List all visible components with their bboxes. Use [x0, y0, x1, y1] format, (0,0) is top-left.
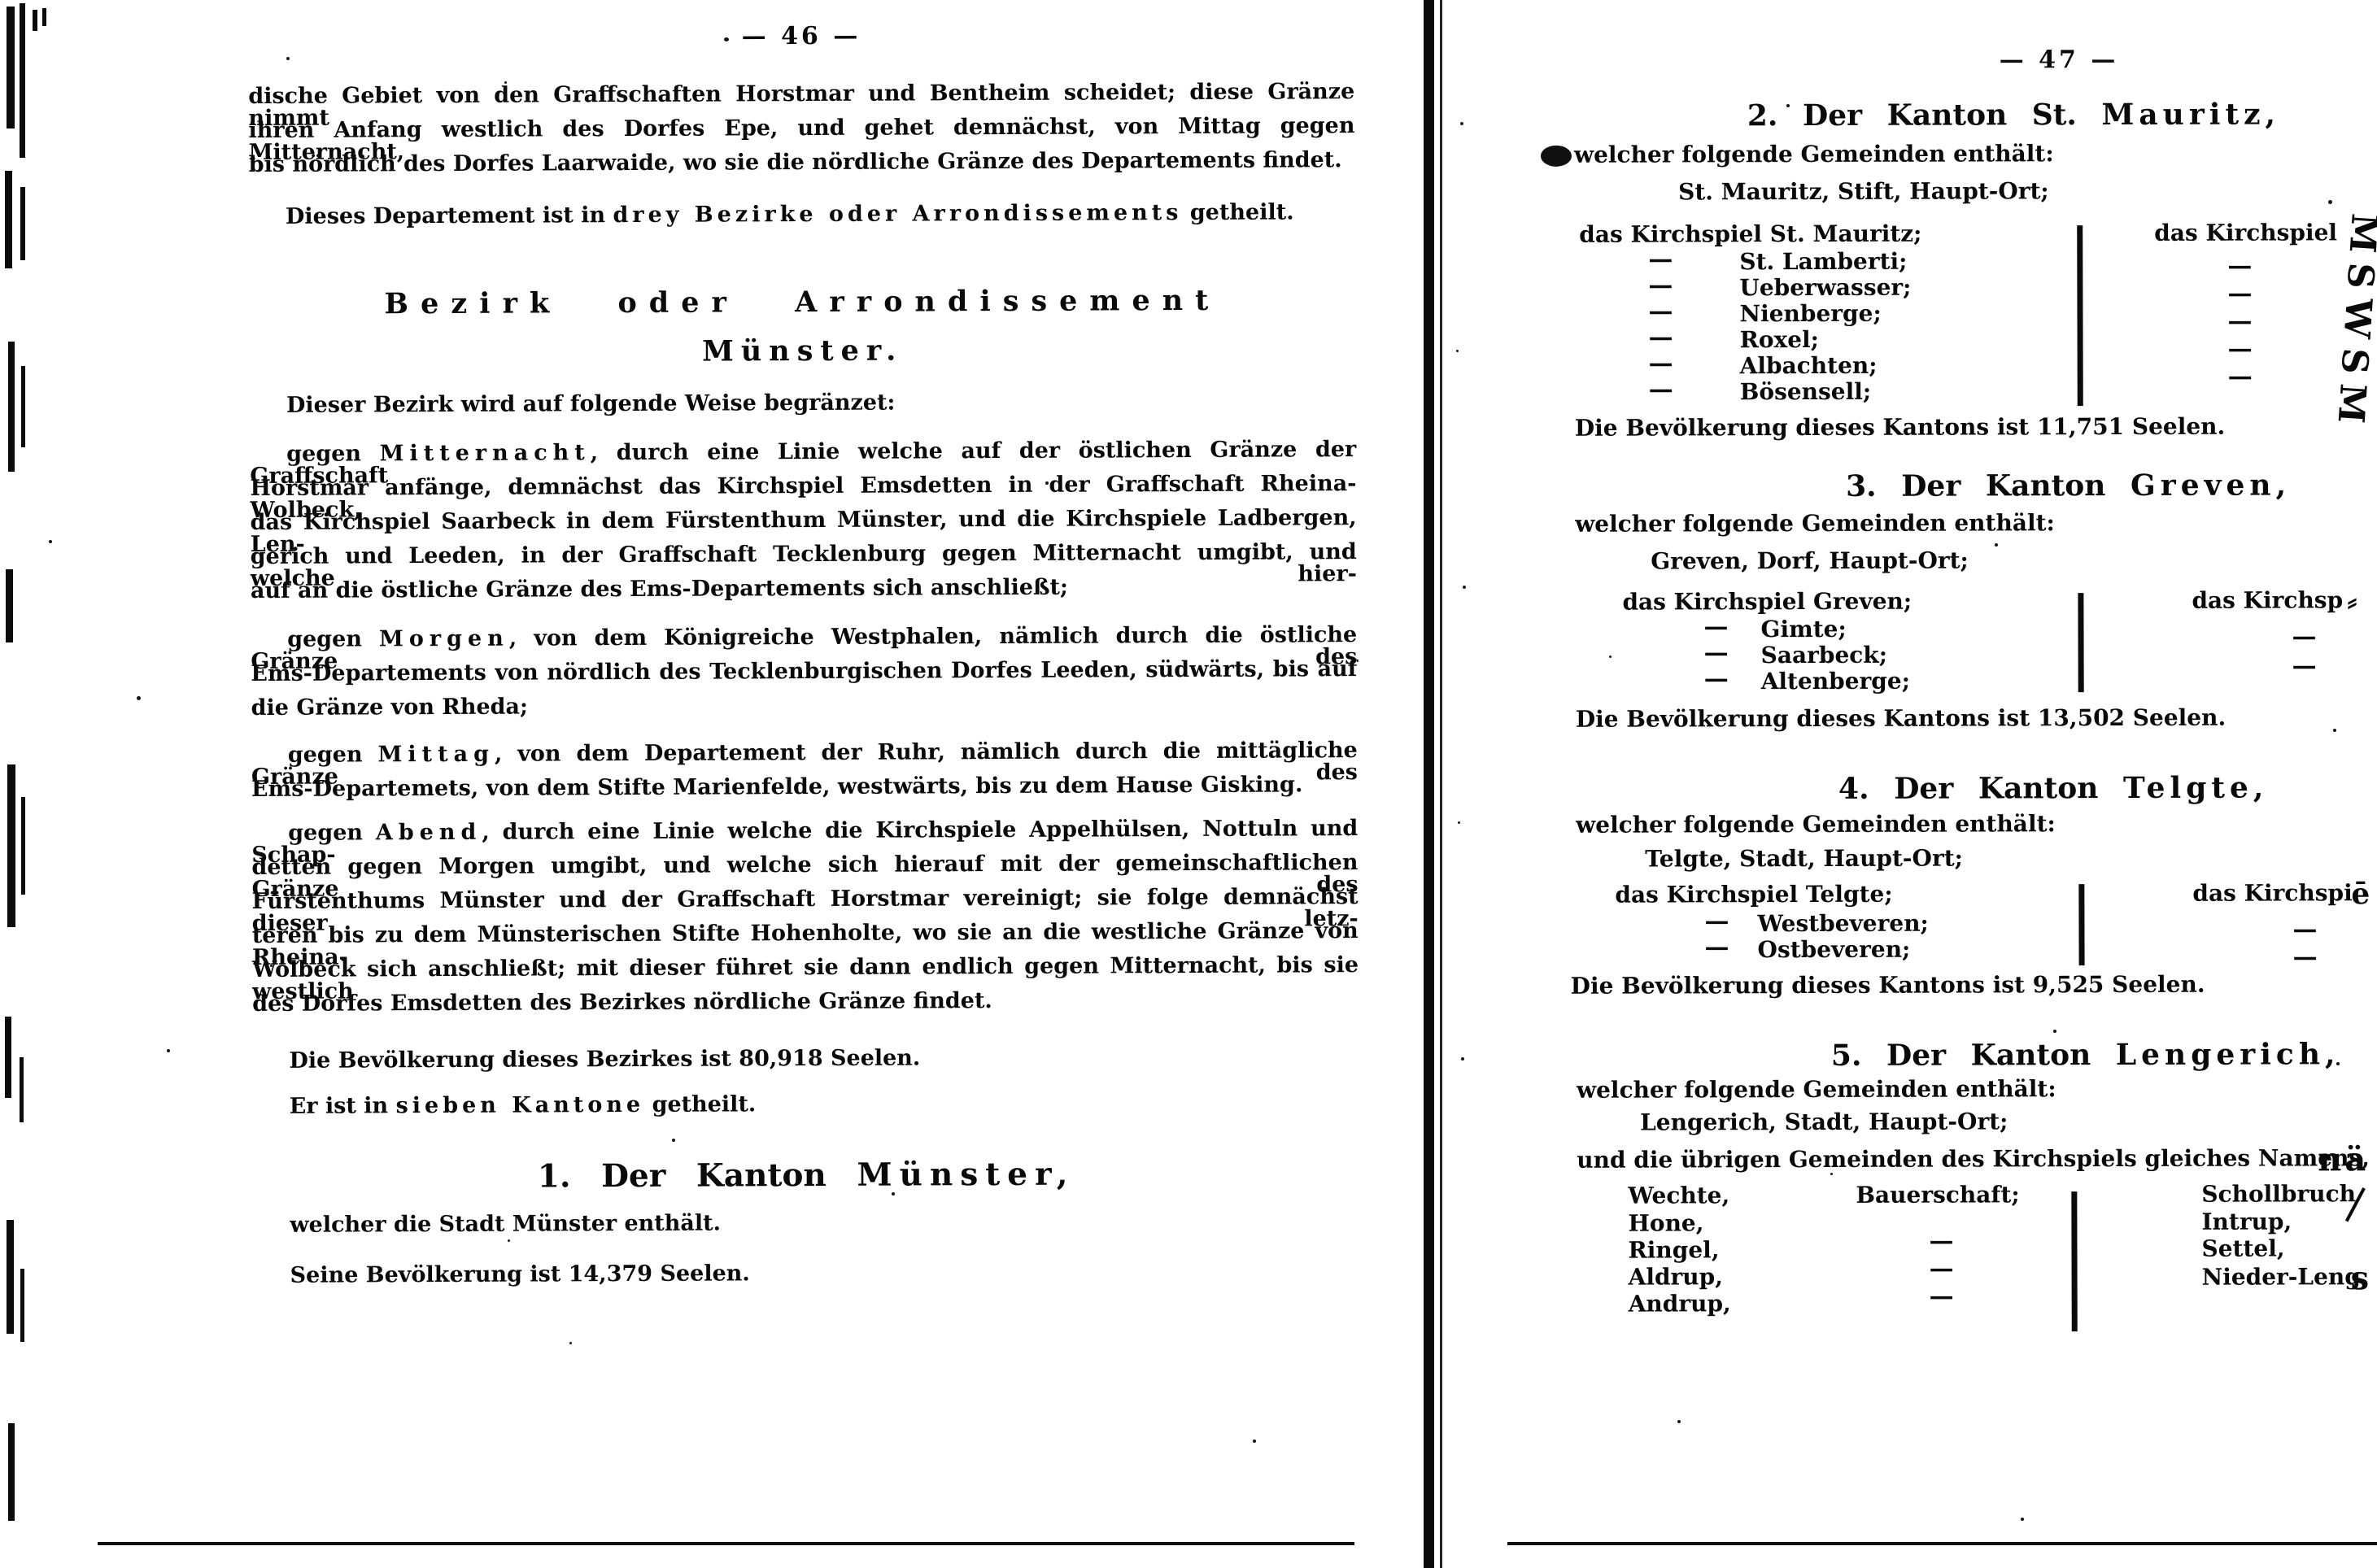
- list-item: Roxel;: [1740, 329, 1820, 351]
- speckle: [1456, 350, 1459, 352]
- list-dash: —: [2227, 255, 2252, 279]
- speckle: [1045, 481, 1049, 485]
- list-dash: —: [1704, 909, 1729, 934]
- speckle: [286, 57, 290, 60]
- list-item: Wechte,: [1628, 1184, 1729, 1207]
- list-item: Ringel,: [1628, 1239, 1719, 1261]
- speckle: [724, 37, 729, 41]
- list-dash: —: [1649, 325, 1673, 350]
- speckle: [1463, 586, 1466, 589]
- page-curl-artifact: ⸗: [2347, 584, 2357, 618]
- kanton-heading: 2. Der Kanton St. Mauritz,: [1747, 99, 2280, 130]
- page-number: — 47 —: [2000, 48, 2119, 72]
- list-dash: —: [1930, 1285, 1954, 1309]
- list-dash: —: [1704, 935, 1729, 960]
- text-segment: Der Kanton: [1901, 468, 2131, 503]
- list-dash: —: [1704, 667, 1729, 691]
- speckle: [508, 1239, 510, 1242]
- right-page: — 47 — 2. Der Kanton St. Mauritz, welche…: [0, 0, 2377, 1568]
- speckle: [2336, 1062, 2340, 1065]
- list-dash: —: [2292, 625, 2316, 649]
- list-item: Andrup,: [1629, 1292, 1731, 1315]
- page-curl-artifact: nä: [2318, 1140, 2369, 1178]
- list-item: Schollbruch: [2201, 1183, 2356, 1205]
- list-dash: —: [2227, 310, 2252, 334]
- speckle: [672, 1139, 675, 1142]
- list-column-header: das Kirchspiel St. Mauritz;: [1579, 223, 1921, 246]
- speckle: [504, 81, 507, 84]
- speckle: [1609, 656, 1612, 658]
- list-item: Nieder-Leng: [2202, 1265, 2361, 1289]
- list-column-header: das Kirchspi: [2192, 882, 2352, 905]
- speckle: [1155, 781, 1158, 784]
- text-segment: Der Kanton St.: [1803, 98, 2102, 133]
- speckle: [1677, 1420, 1681, 1423]
- speckle: [1830, 1173, 1833, 1175]
- text-segment: Der Kanton: [1886, 1038, 2116, 1073]
- speckle: [1786, 104, 1790, 107]
- text-segment: Der Kanton: [1894, 771, 2123, 806]
- kanton-number: 3.: [1846, 469, 1877, 503]
- speckle: [2328, 200, 2332, 204]
- list-dash: —: [2228, 338, 2253, 362]
- speckle: [1253, 1440, 1256, 1443]
- list-column-header: das Kirchsp: [2192, 589, 2343, 612]
- list-column-header: Bauerschaft;: [1856, 1183, 2019, 1207]
- speckle: [1458, 821, 1460, 824]
- list-item: Ueberwasser;: [1739, 277, 1911, 300]
- list-dash: —: [2292, 654, 2317, 678]
- list-column-header: das Kirchspiel Telgte;: [1615, 883, 1892, 907]
- list-item: Hone,: [1628, 1212, 1703, 1235]
- list-dash: —: [1648, 247, 1673, 272]
- kanton-number: 2.: [1747, 98, 1778, 133]
- list-dash: —: [2228, 365, 2253, 390]
- list-item: Saarbeck;: [1761, 644, 1888, 667]
- list-item: Ostbeveren;: [1758, 939, 1911, 961]
- list-item: Settel,: [2201, 1237, 2284, 1260]
- speckle: [270, 965, 273, 967]
- list-dash: —: [1930, 1257, 1954, 1282]
- speckle: [49, 540, 52, 543]
- kanton-name: Greven,: [2131, 468, 2291, 503]
- page-curl-artifact: s: [2351, 1259, 2370, 1297]
- hauptort-line: St. Mauritz, Stift, Haupt-Ort;: [1678, 180, 2049, 203]
- list-item: Albachten;: [1740, 355, 1878, 377]
- speckle: [1460, 122, 1463, 125]
- list-column-header: das Kirchspiel Greven;: [1622, 590, 1912, 614]
- list-dash: —: [1704, 641, 1729, 665]
- column-divider-bar: [2071, 1191, 2077, 1331]
- book-scan: — 46 — dische Gebiet von den Graffschaft…: [0, 0, 2377, 1568]
- page-curl-artifact: ē: [2351, 877, 2370, 911]
- speckle: [2053, 1030, 2056, 1033]
- list-dash: —: [1929, 1230, 1953, 1254]
- list-item: Gimte;: [1760, 618, 1846, 641]
- speckle: [892, 1192, 895, 1196]
- column-divider-bar: [2078, 884, 2084, 965]
- kanton-heading: 4. Der Kanton Telgte,: [1838, 773, 2268, 804]
- hauptort-line: Telgte, Stadt, Haupt-Ort;: [1645, 847, 1963, 871]
- list-item: Bösensell;: [1740, 381, 1872, 403]
- list-dash: —: [1649, 377, 1673, 402]
- speckle: [2021, 1518, 2024, 1521]
- list-dash: —: [2292, 917, 2317, 942]
- list-dash: —: [2293, 945, 2318, 969]
- population-line: Die Bevölkerung dieses Kantons ist 13,50…: [1576, 707, 2226, 731]
- list-dash: —: [1648, 273, 1673, 298]
- kanton-heading: 3. Der Kanton Greven,: [1846, 470, 2291, 500]
- list-item: Westbeveren;: [1757, 912, 1928, 936]
- ink-blob-artifact: [1541, 146, 1572, 167]
- column-divider-bar: [2077, 225, 2083, 406]
- kanton-name: Telgte,: [2123, 771, 2269, 805]
- list-item: Altenberge;: [1761, 670, 1910, 693]
- hauptort-line: Greven, Dorf, Haupt-Ort;: [1651, 549, 1969, 573]
- speckle: [2333, 729, 2336, 732]
- list-column-header: das Kirchspiel: [2154, 221, 2337, 245]
- list-item: Intrup,: [2201, 1210, 2292, 1233]
- kanton-heading: 5. Der Kanton Lengerich,: [1831, 1039, 2340, 1070]
- list-dash: —: [1649, 351, 1673, 376]
- kanton-name: Mauritz,: [2101, 97, 2280, 132]
- list-dash: —: [2227, 282, 2252, 307]
- population-line: Die Bevölkerung dieses Kantons ist 9,525…: [1571, 973, 2205, 998]
- list-dash: —: [1648, 299, 1673, 324]
- list-dash: —: [1703, 615, 1728, 639]
- speckle: [1461, 1057, 1464, 1061]
- speckle: [569, 1342, 572, 1344]
- list-item: Aldrup,: [1629, 1265, 1723, 1288]
- speckle: [167, 1049, 170, 1052]
- kanton-number: 5.: [1831, 1039, 1862, 1073]
- body-line: welcher folgende Gemeinden enthält:: [1577, 1078, 2056, 1102]
- body-line: und die übrigen Gemeinden des Kirchspiel…: [1577, 1147, 2370, 1172]
- hauptort-line: Lengerich, Stadt, Haupt-Ort;: [1640, 1110, 2008, 1134]
- list-item: St. Lamberti;: [1739, 250, 1907, 274]
- kanton-name: Lengerich,: [2116, 1037, 2340, 1072]
- kanton-number: 4.: [1838, 772, 1869, 806]
- column-divider-bar: [2078, 593, 2083, 692]
- speckle: [137, 696, 141, 700]
- list-item: Nienberge;: [1739, 303, 1881, 325]
- population-line: Die Bevölkerung dieses Kantons ist 11,75…: [1575, 416, 2225, 440]
- body-line: welcher folgende Gemeinden enthält:: [1574, 142, 2054, 167]
- body-line: welcher folgende Gemeinden enthält:: [1575, 512, 2055, 536]
- speckle: [1995, 543, 1998, 547]
- body-line: welcher folgende Gemeinden enthält:: [1576, 812, 2056, 837]
